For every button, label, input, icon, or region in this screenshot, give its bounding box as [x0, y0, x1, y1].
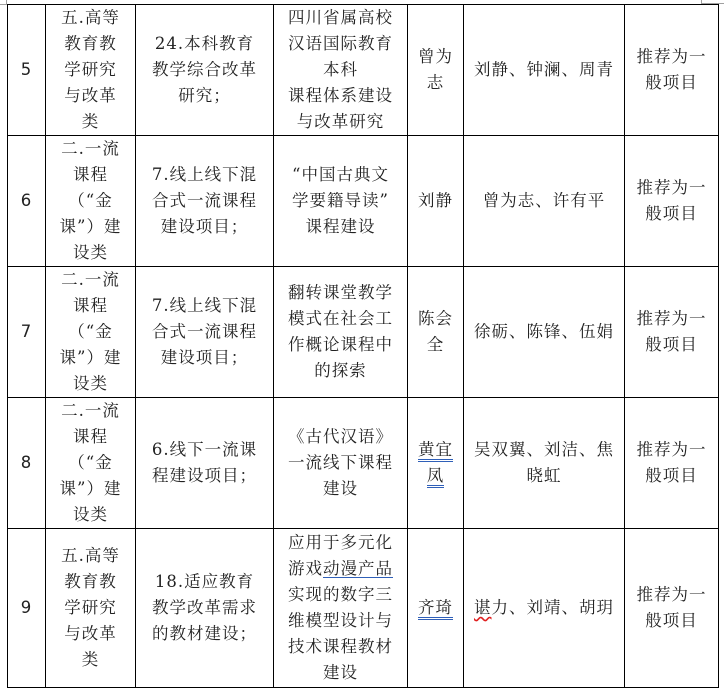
subcategory-line: 7.线上线下混: [140, 162, 269, 188]
recommendation-cell: 推荐为一 般项目: [625, 398, 719, 529]
category-line: 设类: [50, 371, 131, 397]
project-line: 游戏动漫产品: [278, 556, 403, 582]
project-line: 的探索: [278, 358, 403, 384]
project-line: 汉语国际教育: [278, 31, 403, 57]
category-line: 设类: [50, 502, 131, 528]
category-cell: 二.一流 课程 （“金 课”）建 设类: [46, 136, 136, 267]
project-name-cell: 《古代汉语》 一流线下课程 建设: [274, 398, 408, 529]
leader-cell: 黄宜 凤: [408, 398, 464, 529]
category-line: 与改革: [50, 83, 131, 109]
leader-cell: 齐琦: [408, 529, 464, 688]
recommendation-cell: 推荐为一 般项目: [625, 136, 719, 267]
project-line: 作概论课程中: [278, 332, 403, 358]
project-name-cell: 翻转课堂教学 模式在社会工 作概论课程中 的探索: [274, 267, 408, 398]
category-line: 类: [50, 647, 131, 673]
leader-line: 齐琦: [412, 595, 459, 621]
category-line: 设类: [50, 240, 131, 266]
category-line: 课”）建: [50, 345, 131, 371]
project-text-underlined: 动漫产品: [323, 559, 393, 578]
leader-line: 凤: [412, 463, 459, 489]
subcategory-line: 研究；: [140, 83, 269, 109]
subcategory-cell: 7.线上线下混 合式一流课程 建设项目；: [136, 267, 274, 398]
recommendation-cell: 推荐为一 般项目: [625, 5, 719, 136]
category-line: 类: [50, 109, 131, 135]
row-index: 6: [8, 136, 46, 267]
project-line: 本科: [278, 57, 403, 83]
category-line: （“金: [50, 319, 131, 345]
category-line: 五.高等: [50, 543, 131, 569]
project-table: 5 五.高等 教育教 学研究 与改革 类 24.本科教育 教学综合改革 研究； …: [7, 4, 719, 688]
row-index: 8: [8, 398, 46, 529]
project-line: 四川省属高校: [278, 5, 403, 31]
subcategory-line: 建设项目；: [140, 214, 269, 240]
project-line: 学要籍导读”: [278, 188, 403, 214]
table-row: 5 五.高等 教育教 学研究 与改革 类 24.本科教育 教学综合改革 研究； …: [8, 5, 719, 136]
project-line: 一流线下课程: [278, 450, 403, 476]
spell-error-text: 谌: [474, 598, 492, 617]
members-line: 曾为志、许有平: [468, 188, 620, 214]
row-index-text: 8: [21, 453, 33, 472]
subcategory-line: 6.线下一流课: [140, 437, 269, 463]
recommendation-line: 般项目: [629, 463, 714, 489]
recommendation-line: 般项目: [629, 201, 714, 227]
members-cell: 徐砺、陈锋、伍娟: [464, 267, 625, 398]
members-text: 力、刘靖、胡玥: [492, 598, 615, 617]
category-line: 二.一流: [50, 267, 131, 293]
recommendation-line: 般项目: [629, 608, 714, 634]
category-line: 教育教: [50, 31, 131, 57]
recommendation-line: 推荐为一: [629, 306, 714, 332]
table-row: 6 二.一流 课程 （“金 课”）建 设类 7.线上线下混 合式一流课程 建设项…: [8, 136, 719, 267]
category-line: 课程: [50, 424, 131, 450]
recommendation-line: 推荐为一: [629, 437, 714, 463]
members-cell: 刘静、钟澜、周青: [464, 5, 625, 136]
category-line: 课”）建: [50, 476, 131, 502]
category-line: 课程: [50, 293, 131, 319]
leader-line: 刘静: [412, 188, 459, 214]
project-line: 《古代汉语》: [278, 424, 403, 450]
leader-cell: 陈会 全: [408, 267, 464, 398]
subcategory-line: 24.本科教育: [140, 31, 269, 57]
project-line: 翻转课堂教学: [278, 280, 403, 306]
leader-line: 志: [412, 70, 459, 96]
row-index-text: 7: [21, 322, 33, 341]
project-line: 模式在社会工: [278, 306, 403, 332]
project-line: 课程体系建设: [278, 83, 403, 109]
row-index-text: 5: [21, 60, 33, 79]
recommendation-line: 推荐为一: [629, 44, 714, 70]
subcategory-cell: 18.适应教育 教学改革需求 的教材建设；: [136, 529, 274, 688]
leader-cell: 曾为 志: [408, 5, 464, 136]
category-line: （“金: [50, 450, 131, 476]
members-line: 吴双翼、刘洁、焦: [468, 437, 620, 463]
subcategory-line: 教学综合改革: [140, 57, 269, 83]
row-index: 7: [8, 267, 46, 398]
subcategory-line: 教学改革需求: [140, 595, 269, 621]
leader-line: 黄宜: [412, 437, 459, 463]
leader-line: 全: [412, 332, 459, 358]
table-row: 8 二.一流 课程 （“金 课”）建 设类 6.线下一流课 程建设项目； 《古代…: [8, 398, 719, 529]
subcategory-cell: 6.线下一流课 程建设项目；: [136, 398, 274, 529]
category-line: 与改革: [50, 621, 131, 647]
leader-line: 陈会: [412, 306, 459, 332]
table-row: 9 五.高等 教育教 学研究 与改革 类 18.适应教育 教学改革需求 的教材建…: [8, 529, 719, 688]
project-line: 与改革研究: [278, 109, 403, 135]
recommendation-cell: 推荐为一 般项目: [625, 529, 719, 688]
category-cell: 五.高等 教育教 学研究 与改革 类: [46, 5, 136, 136]
project-name-cell: “中国古典文 学要籍导读” 课程建设: [274, 136, 408, 267]
recommendation-line: 般项目: [629, 70, 714, 96]
category-line: 学研究: [50, 57, 131, 83]
project-line: “中国古典文: [278, 162, 403, 188]
category-line: 课程: [50, 162, 131, 188]
subcategory-line: 18.适应教育: [140, 569, 269, 595]
project-text: 游戏: [288, 559, 323, 578]
recommendation-line: 推荐为一: [629, 582, 714, 608]
category-cell: 二.一流 课程 （“金 课”）建 设类: [46, 398, 136, 529]
project-line: 建设: [278, 476, 403, 502]
project-line: 实现的数字三: [278, 582, 403, 608]
subcategory-line: 程建设项目；: [140, 463, 269, 489]
category-cell: 二.一流 课程 （“金 课”）建 设类: [46, 267, 136, 398]
category-line: 五.高等: [50, 5, 131, 31]
category-line: 学研究: [50, 595, 131, 621]
members-line: 晓虹: [468, 463, 620, 489]
subcategory-line: 7.线上线下混: [140, 293, 269, 319]
leader-cell: 刘静: [408, 136, 464, 267]
members-cell: 曾为志、许有平: [464, 136, 625, 267]
row-index-text: 6: [21, 191, 33, 210]
leader-name-underlined: 齐琦: [418, 598, 453, 620]
members-line: 刘静、钟澜、周青: [468, 57, 620, 83]
subcategory-line: 的教材建设；: [140, 621, 269, 647]
subcategory-line: 合式一流课程: [140, 319, 269, 345]
row-index: 5: [8, 5, 46, 136]
members-line: 谌力、刘靖、胡玥: [468, 595, 620, 621]
subcategory-line: 建设项目；: [140, 345, 269, 371]
leader-name-underlined: 凤: [427, 466, 445, 488]
table-row: 7 二.一流 课程 （“金 课”）建 设类 7.线上线下混 合式一流课程 建设项…: [8, 267, 719, 398]
members-cell: 谌力、刘靖、胡玥: [464, 529, 625, 688]
project-line: 应用于多元化: [278, 530, 403, 556]
project-line: 技术课程教材: [278, 634, 403, 660]
subcategory-cell: 7.线上线下混 合式一流课程 建设项目；: [136, 136, 274, 267]
project-line: 维模型设计与: [278, 608, 403, 634]
category-line: 课”）建: [50, 214, 131, 240]
recommendation-cell: 推荐为一 般项目: [625, 267, 719, 398]
project-line: 建设: [278, 660, 403, 686]
category-cell: 五.高等 教育教 学研究 与改革 类: [46, 529, 136, 688]
leader-line: 曾为: [412, 44, 459, 70]
subcategory-line: 合式一流课程: [140, 188, 269, 214]
row-index: 9: [8, 529, 46, 688]
leader-name-underlined: 黄宜: [418, 440, 453, 462]
category-line: （“金: [50, 188, 131, 214]
row-index-text: 9: [21, 598, 33, 617]
members-cell: 吴双翼、刘洁、焦 晓虹: [464, 398, 625, 529]
members-line: 徐砺、陈锋、伍娟: [468, 319, 620, 345]
category-line: 二.一流: [50, 136, 131, 162]
project-name-cell: 应用于多元化 游戏动漫产品 实现的数字三 维模型设计与 技术课程教材 建设: [274, 529, 408, 688]
subcategory-cell: 24.本科教育 教学综合改革 研究；: [136, 5, 274, 136]
page-corner-marker-left: [0, 0, 7, 5]
project-name-cell: 四川省属高校 汉语国际教育 本科 课程体系建设 与改革研究: [274, 5, 408, 136]
recommendation-line: 般项目: [629, 332, 714, 358]
category-line: 二.一流: [50, 398, 131, 424]
recommendation-line: 推荐为一: [629, 175, 714, 201]
project-line: 课程建设: [278, 214, 403, 240]
category-line: 教育教: [50, 569, 131, 595]
